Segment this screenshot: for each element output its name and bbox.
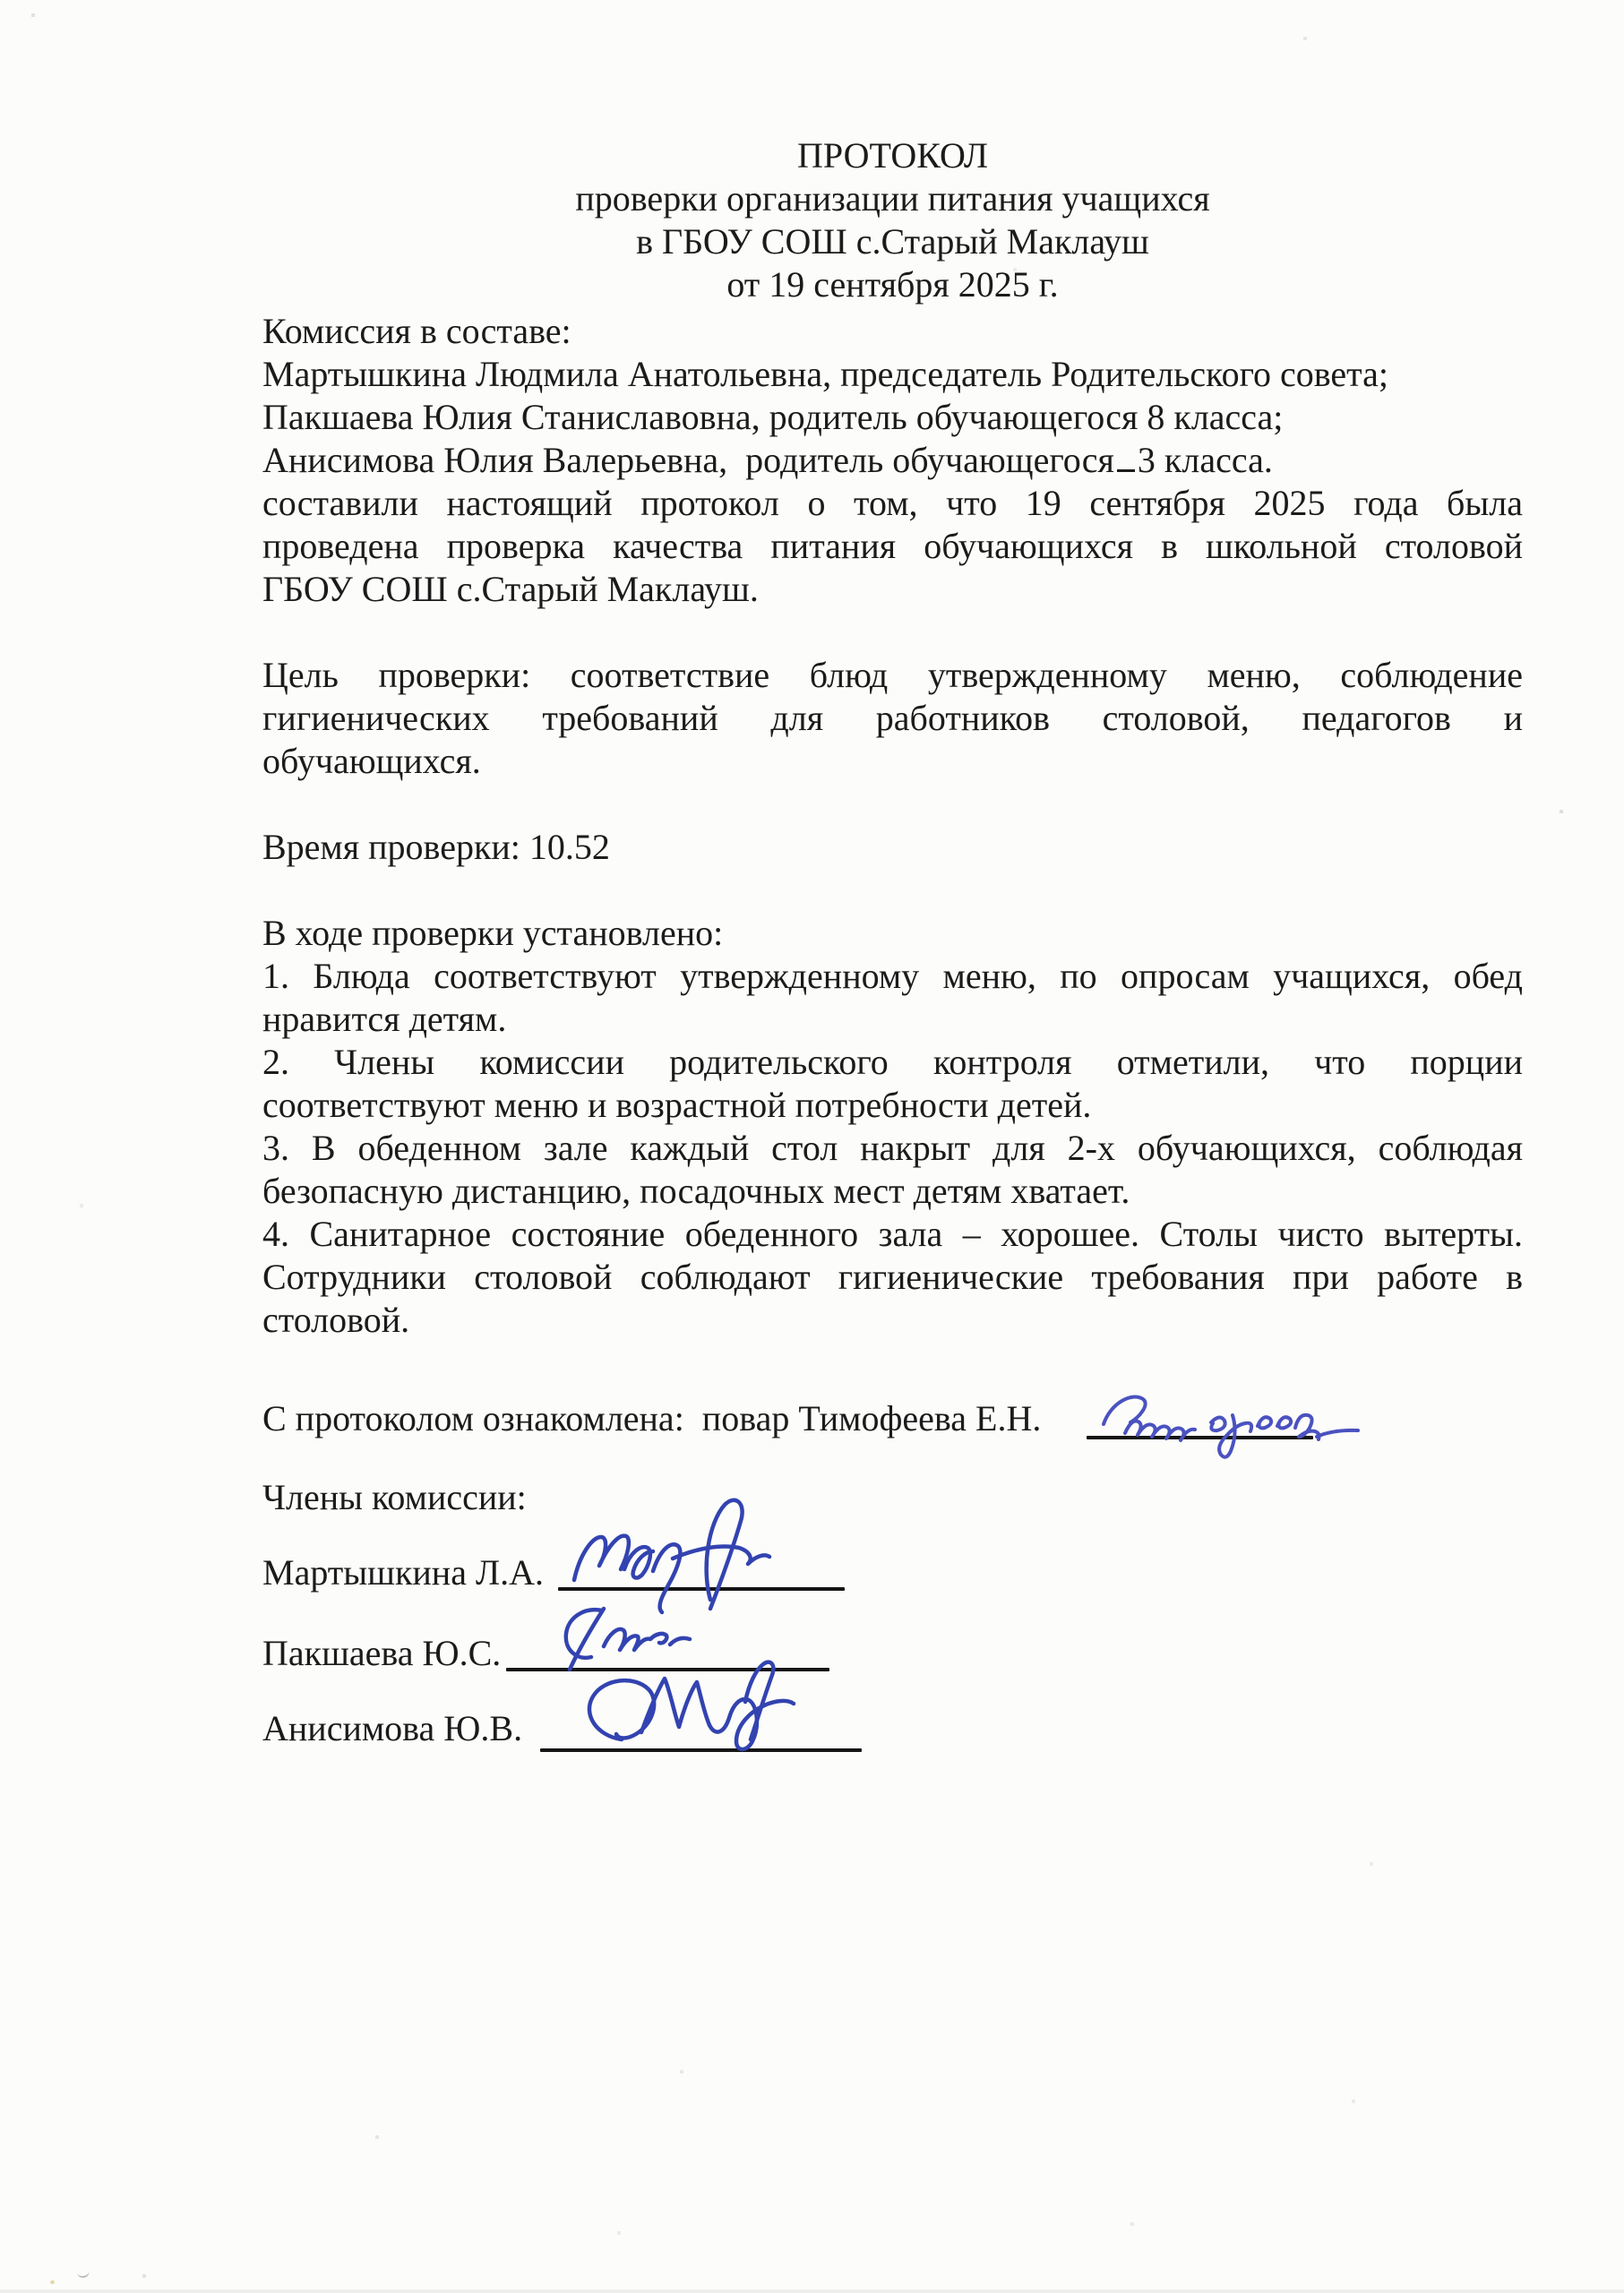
- commission-intro-line: Комиссия в составе:: [262, 310, 1523, 353]
- commission-member-3: Анисимова Юлия Валерьевна, родитель обуч…: [262, 439, 1523, 482]
- scan-speck: [50, 2280, 55, 2284]
- purpose-line-3: обучающихся.: [262, 740, 1523, 783]
- finding-4-line-2: Сотрудники столовой соблюдают гигиеничес…: [262, 1256, 1523, 1299]
- protocol-statement-line-3: ГБОУ СОШ с.Старый Маклауш.: [262, 568, 1523, 611]
- commission-member-2: Пакшаева Юлия Станиславовна, родитель об…: [262, 396, 1523, 439]
- finding-3-line-2: безопасную дистанцию, посадочных мест де…: [262, 1170, 1523, 1213]
- commission-member-1: Мартышкина Людмила Анатольевна, председа…: [262, 353, 1523, 396]
- scan-edge-shadow: [0, 2289, 1624, 2293]
- stray-underscore-mark: [1117, 464, 1135, 472]
- findings-intro-line: В ходе проверки установлено:: [262, 912, 1523, 955]
- inspection-time-line: Время проверки: 10.52: [262, 826, 1523, 869]
- anisimova-signature: [570, 1655, 795, 1763]
- finding-4-line-1: 4. Санитарное состояние обеденного зала …: [262, 1213, 1523, 1256]
- member-2-signature-label: Пакшаева Ю.С.: [262, 1632, 1523, 1675]
- finding-4-line-3: столовой.: [262, 1299, 1523, 1342]
- document-page: ПРОТОКОЛ проверки организации питания уч…: [0, 0, 1624, 2293]
- member-1-signature-label: Мартышкина Л.А.: [262, 1551, 1523, 1594]
- protocol-title: ПРОТОКОЛ: [262, 134, 1523, 177]
- member-3-text-end: 3 класса.: [1138, 440, 1273, 480]
- finding-1-line-1: 1. Блюда соответствуют утвержденному мен…: [262, 955, 1523, 998]
- finding-2-line-1: 2. Члены комиссии родительского контроля…: [262, 1041, 1523, 1084]
- protocol-statement-line-1: составили настоящий протокол о том, что …: [262, 482, 1523, 525]
- purpose-line-2: гигиенических требований для работников …: [262, 697, 1523, 740]
- protocol-date: от 19 сентября 2025 г.: [262, 263, 1523, 306]
- protocol-statement-line-2: проведена проверка качества питания обуч…: [262, 525, 1523, 568]
- scan-mark: [76, 2269, 90, 2279]
- finding-2-line-2: соответствуют меню и возрастной потребно…: [262, 1084, 1523, 1127]
- scan-specks: [0, 0, 2, 2]
- finding-1-line-2: нравится детям.: [262, 998, 1523, 1041]
- purpose-line-1: Цель проверки: соответствие блюд утвержд…: [262, 654, 1523, 697]
- protocol-subtitle-1: проверки организации питания учащихся: [262, 177, 1523, 220]
- commission-members-heading: Члены комиссии:: [262, 1476, 1523, 1519]
- finding-3-line-1: 3. В обеденном зале каждый стол накрыт д…: [262, 1127, 1523, 1170]
- protocol-subtitle-2: в ГБОУ СОШ с.Старый Маклауш: [262, 220, 1523, 263]
- timofeeva-signature: [1098, 1388, 1360, 1464]
- member-3-text-start: Анисимова Юлия Валерьевна, родитель обуч…: [262, 440, 1114, 480]
- member-3-signature-label: Анисимова Ю.В.: [262, 1707, 1523, 1750]
